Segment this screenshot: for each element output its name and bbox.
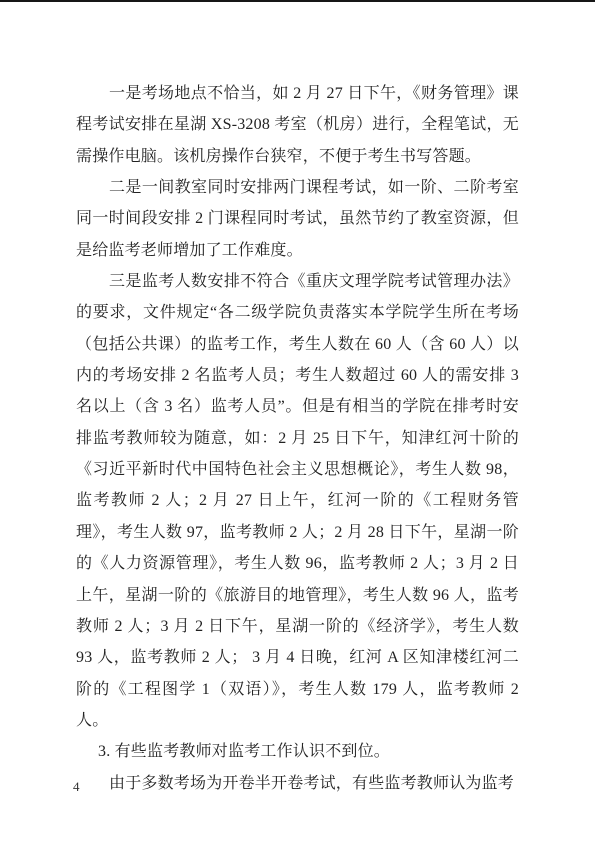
page-number: 4 (73, 779, 80, 795)
paragraph-open-book-exams: 由于多数考场为开卷半开卷考试，有些监考教师认为监考 (76, 768, 519, 799)
paragraph-two-courses-one-room: 二是一间教室同时安排两门课程考试，如一阶、二阶考室同一时间段安排 2 门课程同时… (76, 172, 519, 266)
paragraph-exam-location: 一是考场地点不恰当，如 2 月 27 日下午，《财务管理》课程考试安排在星湖 X… (76, 78, 519, 172)
paragraph-invigilator-staffing: 三是监考人数安排不符合《重庆文理学院考试管理办法》的要求，文件规定“各二级学院负… (76, 266, 519, 736)
paragraph-heading-item-3: 3. 有些监考教师对监考工作认识不到位。 (76, 736, 519, 767)
document-body: 一是考场地点不恰当，如 2 月 27 日下午，《财务管理》课程考试安排在星湖 X… (76, 78, 519, 799)
page-top-edge (0, 0, 595, 2)
document-page: 一是考场地点不恰当，如 2 月 27 日下午，《财务管理》课程考试安排在星湖 X… (0, 0, 595, 841)
